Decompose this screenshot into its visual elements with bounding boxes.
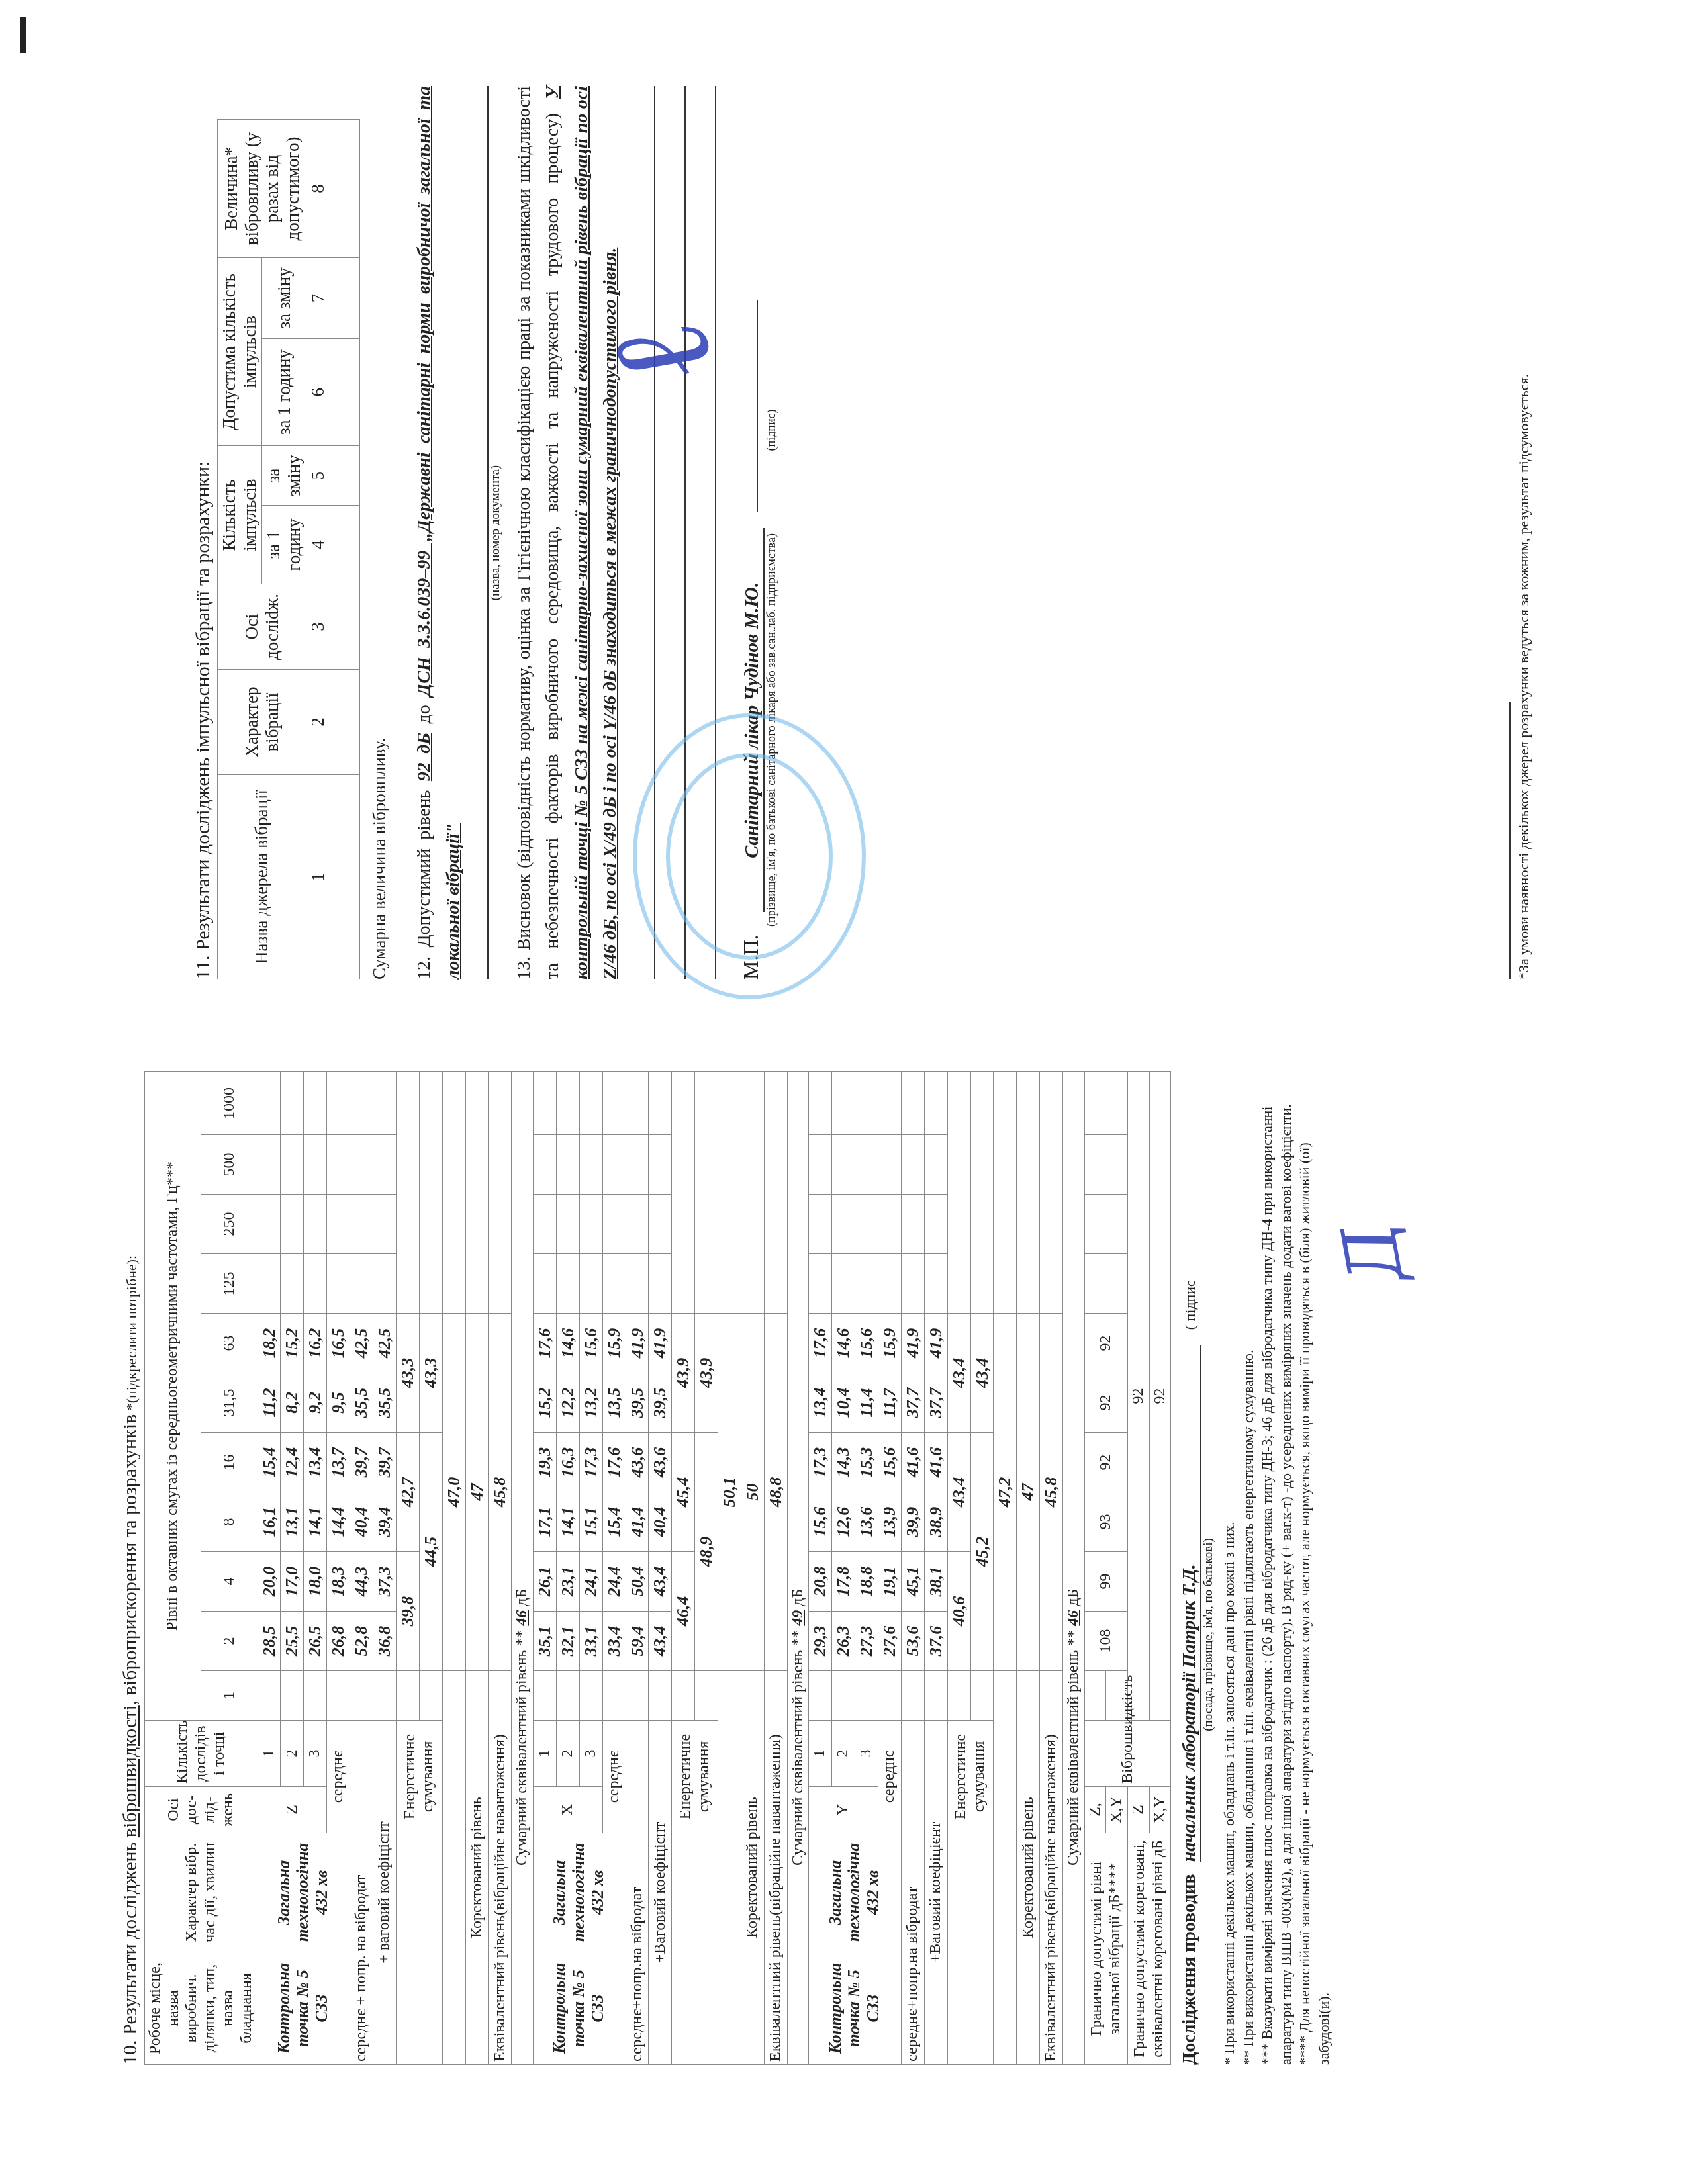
level-value: 43,4 (649, 1612, 672, 1671)
column-number: 1 (306, 775, 330, 979)
level-value: 10,4 (832, 1373, 855, 1433)
signature-lab-head: Д (1326, 1218, 1420, 1291)
level-value (327, 1135, 350, 1195)
energy-row: Енергетичне сумування40,643,443,4 (947, 1071, 970, 2064)
table-row: Контрольна точка № 5 СЗЗЗагальна техноло… (533, 1071, 556, 2064)
level-value (901, 1195, 924, 1254)
level-value: 14,1 (304, 1492, 327, 1552)
level-value: 53,6 (901, 1612, 924, 1671)
level-value (373, 1254, 397, 1314)
level-value: 18,3 (327, 1552, 350, 1612)
column-numbers-row: 12345678 (306, 120, 330, 979)
column-number: 4 (306, 506, 330, 584)
equivalent-level-label: Еквівалентний рівень(вібраційне навантаж… (764, 1671, 787, 2065)
level-value (878, 1135, 902, 1195)
approval-block: М.П. Санітарний лікар Чудінов М.Ю. (пріз… (739, 86, 778, 979)
level-value (832, 1671, 855, 1721)
header-character: Характер вібр. час дії, хвилин (145, 1833, 258, 1952)
level-value: 13,2 (579, 1373, 602, 1433)
level-value (258, 1671, 281, 1721)
limit-value (1084, 1135, 1127, 1195)
level-value (350, 1195, 373, 1254)
column-number: 2 (306, 670, 330, 775)
level-value (533, 1135, 556, 1195)
axis-label: X,Y (1106, 1787, 1128, 1833)
level-value: 45,1 (901, 1552, 924, 1612)
blank (1040, 1071, 1063, 1313)
trial-number: 3 (304, 1721, 327, 1787)
header-impulses: Кількість імпульсів (218, 446, 262, 584)
level-value: 26,3 (832, 1612, 855, 1671)
level-value (533, 1195, 556, 1254)
mean-plus-row: середнє + попр. на вібродат52,844,340,43… (350, 1071, 373, 2064)
weight-label: +Ваговий коефіцієнт (924, 1721, 947, 2065)
level-value: 43,6 (649, 1433, 672, 1492)
level-value: 13,7 (327, 1433, 350, 1492)
level-value: 15,6 (809, 1492, 832, 1552)
conducted-by-label: Дослідження проводив (1179, 1874, 1199, 2065)
level-value: 41,6 (901, 1433, 924, 1492)
frequency-header: 16 (201, 1433, 258, 1492)
energy-row: Енергетичне сумування39,842,743,3 (396, 1071, 419, 2064)
level-value: 41,4 (626, 1492, 649, 1552)
weight-row: +Ваговий коефіцієнт37,638,138,941,637,74… (924, 1071, 947, 2064)
energy-second-value: 43,3 (419, 1314, 442, 1433)
axis-label: Z (258, 1787, 327, 1833)
level-value (901, 1071, 924, 1134)
level-value (373, 1671, 397, 1721)
level-value: 17,3 (809, 1433, 832, 1492)
level-value: 40,4 (350, 1492, 373, 1552)
blank (489, 1071, 512, 1313)
blank (442, 1671, 465, 2065)
level-value (901, 1671, 924, 1721)
vibration-character: Загальна технологічна 432 хв (258, 1833, 350, 1952)
level-value (327, 1071, 350, 1134)
level-value: 36,8 (373, 1612, 397, 1671)
level-value: 9,5 (327, 1373, 350, 1433)
axis-label: X (533, 1787, 602, 1833)
corrected-level-value: 47 (1017, 1314, 1040, 1671)
section-10: 10. Результати досліджень віброшвидкості… (119, 1072, 1334, 2065)
total-equivalent-level: Сумарний еквівалентний рівень ** 46 дБ (1063, 1071, 1085, 2064)
mean-plus-label: середнє+попр.на вібродат (901, 1721, 924, 2065)
energy-total-value: 47,2 (994, 1314, 1017, 1671)
equivalent-row: Еквівалентний рівень(вібраційне навантаж… (489, 1071, 512, 2064)
blank (947, 1071, 970, 1313)
equivalent-level-value: 45,8 (1040, 1314, 1063, 1671)
level-value (855, 1135, 878, 1195)
frequency-header: 2 (201, 1612, 258, 1671)
level-value (327, 1195, 350, 1254)
level-value (649, 1671, 672, 1721)
level-value (327, 1671, 350, 1721)
level-value: 37,7 (924, 1373, 947, 1433)
frequency-header: 125 (201, 1254, 258, 1314)
blank (947, 1671, 970, 1721)
mean-label: середнє (602, 1721, 626, 1833)
level-value: 32,1 (556, 1612, 579, 1671)
level-value: 12,4 (281, 1433, 304, 1492)
level-value (281, 1135, 304, 1195)
control-point-name: Контрольна точка № 5 СЗЗ (809, 1952, 902, 2065)
limits-row: Гранично допустимі кореговані, еквівален… (1127, 1071, 1149, 2064)
equivalent-level-value: 45,8 (489, 1314, 512, 1671)
level-value: 17,1 (533, 1492, 556, 1552)
level-value (924, 1671, 947, 1721)
corrected-row: Коректований рівень47 (465, 1071, 489, 2064)
conducted-by-caption: (посада, прізвище, ім'я, по батькові) (1201, 1337, 1216, 1933)
equivalent-level-label: Еквівалентний рівень(вібраційне навантаж… (489, 1671, 512, 2065)
level-value (878, 1195, 902, 1254)
level-value: 13,5 (602, 1373, 626, 1433)
column-number: 7 (306, 258, 330, 339)
level-value (533, 1071, 556, 1134)
header-allowed: Допустима кількість імпульсів (218, 258, 262, 446)
vibration-character: Загальна технологічна 432 хв (809, 1833, 902, 1952)
header-axes: Осі досліdж. (218, 584, 306, 670)
level-value: 15,2 (533, 1373, 556, 1433)
level-value: 25,5 (281, 1612, 304, 1671)
frequency-header: 63 (201, 1314, 258, 1373)
level-value (304, 1254, 327, 1314)
energy-pair-value: 39,8 (396, 1552, 419, 1671)
level-value (832, 1254, 855, 1314)
level-value: 52,8 (350, 1612, 373, 1671)
general-limit-label: Гранично допустимі рівні загальної вібра… (1084, 1833, 1127, 2065)
level-value: 15,4 (602, 1492, 626, 1552)
level-value: 15,6 (878, 1433, 902, 1492)
level-value (281, 1071, 304, 1134)
blank (764, 1071, 787, 1313)
level-value: 14,6 (832, 1314, 855, 1373)
level-value (832, 1135, 855, 1195)
level-value: 12,6 (832, 1492, 855, 1552)
header-axes: Осі дос-лід-жень (145, 1787, 258, 1833)
limit-value (1084, 1254, 1127, 1314)
corrected-level-value: 47 (465, 1314, 489, 1671)
limit-value (1084, 1671, 1106, 1721)
level-value (924, 1135, 947, 1195)
frequency-header: 31,5 (201, 1373, 258, 1433)
blank (396, 1671, 419, 1721)
mean-label: середнє (878, 1721, 902, 1833)
table-row: Контрольна точка № 5 СЗЗЗагальна техноло… (258, 1071, 281, 2064)
energy-row: Енергетичне сумування46,445,443,9 (672, 1071, 695, 2064)
level-value: 15,3 (855, 1433, 878, 1492)
mean-label: середнє (327, 1721, 350, 1833)
level-value (809, 1071, 832, 1134)
level-value: 19,3 (533, 1433, 556, 1492)
level-value (373, 1135, 397, 1195)
energy-second-value: 48,9 (695, 1433, 718, 1671)
axis-label: Z, (1084, 1787, 1106, 1833)
level-value (373, 1195, 397, 1254)
level-value: 37,3 (373, 1552, 397, 1612)
signature-caption: ( підпис (1182, 1280, 1198, 1330)
footnote: * При використанні декількох машин, обла… (1220, 1072, 1239, 2065)
energy-pair-value: 43,9 (672, 1314, 695, 1433)
blank (718, 1071, 741, 1313)
total-equivalent-value: 46 (1064, 1610, 1082, 1626)
header-workplace: Робоче місце, назва виробнич. ділянки, т… (145, 1952, 258, 2065)
level-value: 16,5 (327, 1314, 350, 1373)
level-value: 14,6 (556, 1314, 579, 1373)
corrected-level-label: Коректований рівень (1017, 1671, 1040, 2065)
limit-value (1084, 1071, 1127, 1134)
level-value (626, 1071, 649, 1134)
control-point-name: Контрольна точка № 5 СЗЗ (533, 1952, 626, 2065)
energy-sum-label: Енергетичне сумування (396, 1721, 442, 1833)
level-value (832, 1071, 855, 1134)
limits-row: Гранично допустимі рівні загальної вібра… (1084, 1071, 1106, 2064)
level-value (258, 1135, 281, 1195)
level-value: 43,6 (626, 1433, 649, 1492)
frequency-header: 8 (201, 1492, 258, 1552)
level-value (924, 1254, 947, 1314)
level-value (579, 1071, 602, 1134)
mean-plus-row: середнє+попр.на вібродат59,450,441,443,6… (626, 1071, 649, 2064)
blank (419, 1671, 442, 1721)
corrected-limit-xy: 92 (1149, 1071, 1171, 1720)
energy-pair-value: 40,6 (947, 1552, 970, 1671)
level-value: 41,9 (924, 1314, 947, 1373)
level-value: 24,4 (602, 1552, 626, 1612)
official-stamp-inner (666, 753, 833, 960)
level-value (809, 1195, 832, 1254)
table-row: Контрольна точка № 5 СЗЗЗагальна техноло… (809, 1071, 832, 2064)
limit-value: 93 (1084, 1492, 1127, 1552)
sections-11-13: 11. Результати досліджень імпульсної віб… (192, 86, 778, 979)
level-value (924, 1195, 947, 1254)
limit-value: 92 (1084, 1433, 1127, 1492)
section-10-title: 10. Результати досліджень віброшвидкості… (119, 1072, 142, 2065)
right-footnote: *За умови наявності декількох джерел роз… (1509, 119, 1534, 979)
level-value: 15,4 (258, 1433, 281, 1492)
weight-row: + ваговий коефіцієнт36,837,339,439,735,5… (373, 1071, 397, 2064)
header-per-shift: за зміну (262, 446, 306, 506)
level-value: 19,1 (878, 1552, 902, 1612)
level-value (878, 1671, 902, 1721)
level-value (281, 1195, 304, 1254)
vibration-character: Загальна технологічна 432 хв (533, 1833, 626, 1952)
level-value (304, 1671, 327, 1721)
blank (695, 1671, 718, 1721)
total-impact-label: Сумарна величина вібровпливу. (369, 86, 390, 979)
level-value: 39,5 (626, 1373, 649, 1433)
level-value (533, 1671, 556, 1721)
blank (970, 1671, 994, 1721)
level-value (855, 1671, 878, 1721)
level-value (258, 1071, 281, 1134)
level-value: 44,3 (350, 1552, 373, 1612)
level-value (350, 1071, 373, 1134)
energy-total-value: 47,0 (442, 1314, 465, 1671)
level-value: 35,5 (350, 1373, 373, 1433)
corrected-level-value: 50 (741, 1314, 764, 1671)
level-value (602, 1254, 626, 1314)
trial-number: 3 (855, 1721, 878, 1787)
level-value: 39,5 (649, 1373, 672, 1433)
level-value (924, 1071, 947, 1134)
corrected-limit-label: Гранично допустимі кореговані, еквівален… (1127, 1833, 1170, 2065)
energy-total-row: 47,0 (442, 1071, 465, 2064)
level-value: 15,1 (579, 1492, 602, 1552)
corrected-row: Коректований рівень50 (741, 1071, 764, 2064)
level-value (350, 1254, 373, 1314)
energy-second-value: 45,2 (970, 1433, 994, 1671)
level-value: 41,9 (901, 1314, 924, 1373)
blank (947, 1833, 994, 2065)
energy-pair-value: 43,3 (396, 1314, 419, 1433)
level-value: 41,9 (626, 1314, 649, 1373)
equivalent-level-label: Еквівалентний рівень(вібраційне навантаж… (1040, 1671, 1063, 2065)
axis-label: Z (1127, 1787, 1149, 1833)
level-value: 13,4 (304, 1433, 327, 1492)
energy-pair-value: 43,4 (947, 1433, 970, 1552)
weight-row: +Ваговий коефіцієнт43,443,440,443,639,54… (649, 1071, 672, 2064)
frequency-header: 4 (201, 1552, 258, 1612)
header-levels: Рівні в октавних смугах із середньогеоме… (145, 1071, 201, 1720)
footnote: **** Для непостійної загальної вібрації … (1295, 1072, 1333, 2065)
trial-number: 2 (281, 1721, 304, 1787)
header-source: Назва джерела вібрації (218, 775, 306, 979)
level-value: 13,6 (855, 1492, 878, 1552)
level-value: 20,0 (258, 1552, 281, 1612)
level-value: 16,2 (304, 1314, 327, 1373)
energy-second-value: 44,5 (419, 1433, 442, 1671)
level-value: 26,1 (533, 1552, 556, 1612)
level-value (350, 1135, 373, 1195)
level-value: 35,1 (533, 1612, 556, 1671)
corrected-level-label: Коректований рівень (741, 1671, 764, 2065)
total-equivalent-value: 46 (513, 1610, 530, 1626)
section-13: 13. Висновок (відповідність нормативу, о… (510, 86, 625, 979)
level-value (556, 1195, 579, 1254)
table-row: Сумарний еквівалентний рівень ** 46 дБ (1063, 1071, 1085, 2064)
level-value: 15,9 (602, 1314, 626, 1373)
level-value (649, 1071, 672, 1134)
blank (741, 1071, 764, 1313)
conducted-by-value: начальник лабораторії Патрик Т.Д. (1179, 1345, 1201, 1862)
level-value: 38,1 (924, 1552, 947, 1612)
level-value: 15,6 (855, 1314, 878, 1373)
table-row: Сумарний еквівалентний рівень ** 49 дБ (787, 1071, 809, 2064)
level-value: 11,2 (258, 1373, 281, 1433)
energy-pair-value: 42,7 (396, 1433, 419, 1552)
blank (396, 1833, 442, 2065)
level-value: 39,4 (373, 1492, 397, 1552)
level-value (556, 1071, 579, 1134)
level-value: 35,5 (373, 1373, 397, 1433)
impulse-vibration-table: Назва джерела вібрації Характер вібрації… (217, 119, 360, 979)
level-value (579, 1671, 602, 1721)
blank (465, 1071, 489, 1313)
level-value (556, 1254, 579, 1314)
level-value: 27,6 (878, 1612, 902, 1671)
level-value: 17,6 (533, 1314, 556, 1373)
level-value (533, 1254, 556, 1314)
level-value (602, 1195, 626, 1254)
limit-value: 99 (1084, 1552, 1127, 1612)
axis-label: Y (809, 1787, 878, 1833)
level-value (556, 1671, 579, 1721)
conducted-by: Дослідження проводив начальник лаборатор… (1175, 1072, 1201, 2065)
level-value: 40,4 (649, 1492, 672, 1552)
column-number: 8 (306, 120, 330, 258)
level-value (626, 1135, 649, 1195)
level-value: 15,2 (281, 1314, 304, 1373)
column-number: 5 (306, 446, 330, 506)
level-value (258, 1195, 281, 1254)
level-value (649, 1195, 672, 1254)
level-value: 28,5 (258, 1612, 281, 1671)
corrected-row: Коректований рівень47 (1017, 1071, 1040, 2064)
level-value: 18,0 (304, 1552, 327, 1612)
total-equivalent-level: Сумарний еквівалентний рівень ** 49 дБ (787, 1071, 809, 2064)
level-value: 37,7 (901, 1373, 924, 1433)
frequency-header: 500 (201, 1135, 258, 1195)
level-value (626, 1254, 649, 1314)
section-12-caption: (назва, номер документа) (487, 86, 503, 979)
blank (994, 1671, 1017, 2065)
parameter-label: Віброшвидкість (1084, 1721, 1170, 1787)
level-value (579, 1254, 602, 1314)
frequency-header: 250 (201, 1195, 258, 1254)
trial-number: 1 (533, 1721, 556, 1787)
level-value (901, 1254, 924, 1314)
blank (419, 1071, 442, 1313)
section-11-title: 11. Результати досліджень імпульсної віб… (192, 86, 214, 979)
level-value (901, 1135, 924, 1195)
blank (970, 1071, 994, 1313)
corrected-limit-z: 92 (1127, 1071, 1149, 1720)
level-value: 27,3 (855, 1612, 878, 1671)
blank (994, 1071, 1017, 1313)
column-number: 6 (306, 338, 330, 445)
level-value (602, 1071, 626, 1134)
vibration-results-table: Робоче місце, назва виробнич. ділянки, т… (144, 1071, 1171, 2065)
level-value (878, 1071, 902, 1134)
equivalent-row: Еквівалентний рівень(вібраційне навантаж… (764, 1071, 787, 2064)
level-value (556, 1135, 579, 1195)
level-value: 39,7 (350, 1433, 373, 1492)
level-value: 38,9 (924, 1492, 947, 1552)
energy-total-value: 50,1 (718, 1314, 741, 1671)
trial-number: 1 (809, 1721, 832, 1787)
level-value: 11,4 (855, 1373, 878, 1433)
level-value (855, 1254, 878, 1314)
level-value: 39,7 (373, 1433, 397, 1492)
level-value: 14,4 (327, 1492, 350, 1552)
level-value: 17,3 (579, 1433, 602, 1492)
frequency-header: 1000 (201, 1071, 258, 1134)
energy-second-value: 43,9 (695, 1314, 718, 1433)
level-value: 23,1 (556, 1552, 579, 1612)
level-value (878, 1254, 902, 1314)
footnote: *** Вказувати виміряні значення плюс поп… (1258, 1072, 1295, 2065)
level-value (809, 1135, 832, 1195)
level-value: 42,5 (373, 1314, 397, 1373)
table-row: Сумарний еквівалентний рівень ** 46 дБ (512, 1071, 534, 2064)
level-value: 33,4 (602, 1612, 626, 1671)
level-value (809, 1254, 832, 1314)
energy-sum-label: Енергетичне сумування (947, 1721, 994, 1833)
frequency-header: 1 (201, 1671, 258, 1721)
level-value (304, 1195, 327, 1254)
weight-label: +Ваговий коефіцієнт (649, 1721, 672, 2065)
equivalent-row: Еквівалентний рівень(вібраційне навантаж… (1040, 1071, 1063, 2064)
